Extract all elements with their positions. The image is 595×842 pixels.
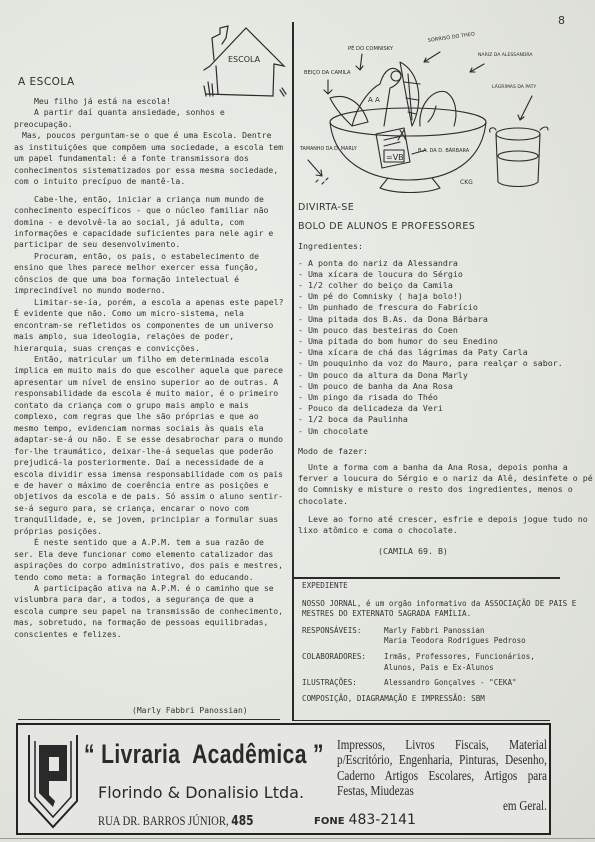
article-body: Meu filho já está na escola! A partir da… xyxy=(14,96,286,640)
expediente-intro: NOSSO JORNAL, é um orgão informativo da … xyxy=(302,599,592,620)
article-paragraph: É neste sentido que a A.P.M. tem a sua r… xyxy=(14,537,286,583)
recipe-credit: (CAMILA 69. B) xyxy=(298,546,593,557)
responsaveis-label: RESPONSÁVEIS: xyxy=(302,626,384,647)
bookstore-logo-icon xyxy=(27,731,79,829)
ingredient-item: 1/2 boca da Paulinha xyxy=(298,414,593,425)
article-paragraph: Mas, poucos perguntam-se o que é uma Esc… xyxy=(14,130,286,187)
composicao-line: COMPOSIÇÃO, DIAGRAMAÇÃO E IMPRESSÃO: SBM xyxy=(302,694,592,705)
article-paragraph: Limitar-se-ía, porém, a escola a apenas … xyxy=(14,297,286,354)
address-street: RUA DR. BARROS JÚNIOR, xyxy=(98,813,231,828)
ingredient-item: Uma xícara de loucura do Sérgio xyxy=(298,269,593,280)
article-title: A ESCOLA xyxy=(18,76,75,88)
card-text: =VB xyxy=(386,153,404,162)
label-nariz-da-alessandra: NARIZ DA ALESSANDRA xyxy=(478,52,533,58)
article-signature: (Marly Fabbri Panossian) xyxy=(132,706,248,715)
article-paragraph: A participação ativa na A.P.M. é o camin… xyxy=(14,583,286,640)
ingredients-label: Ingredientes: xyxy=(298,241,593,252)
ingredient-item: Uma pitada do bom humor do seu Enedino xyxy=(298,336,593,347)
method-paragraph: Leve ao forno até crescer, esfrie e depo… xyxy=(298,514,593,536)
method-paragraph: Unte a forma com a banha da Ana Rosa, de… xyxy=(298,462,593,507)
bookstore-address: RUA DR. BARROS JÚNIOR, 485 xyxy=(98,813,254,829)
responsavel-name: Marly Fabbri Panossian xyxy=(384,626,526,637)
ingredient-item: Um pouco de banha da Ana Rosa xyxy=(298,381,593,392)
article-paragraph: Então, matricular um filho em determinad… xyxy=(14,354,286,537)
page-bottom-rule xyxy=(0,838,595,839)
newspaper-page: 8 ESCOLA A ESCOLA Meu filho já está na e… xyxy=(0,0,595,842)
responsavel-name: Maria Teodora Rodrigues Pedroso xyxy=(384,636,526,647)
school-house-label: ESCOLA xyxy=(228,55,261,64)
ingredient-item: Um pouco da altura da Dona Marly xyxy=(298,370,593,381)
ingredient-item: Um chocolate xyxy=(298,426,593,437)
colaboradores-line: Irmãs, Professores, Funcionários, xyxy=(384,652,535,663)
label-sorriso-do-theo: SORRISO DO THEO xyxy=(427,31,475,44)
bookstore-name: “ Livraria Acadêmica ” xyxy=(84,739,324,770)
bookstore-advertisement: “ Livraria Acadêmica ” Florindo & Donali… xyxy=(16,723,551,835)
services-text: Impressos, Livros Fiscais, Material p/Es… xyxy=(337,737,547,798)
expediente-box: EXPEDIENTE NOSSO JORNAL, é um orgão info… xyxy=(302,581,592,709)
label-pe-do-comnisky: PÉ DO COMNISKY xyxy=(348,44,394,52)
method-label: Modo de fazer: xyxy=(298,446,593,457)
colaboradores-line: Alunos, Pais e Ex-Alunos xyxy=(384,663,535,674)
colaboradores-label: COLABORADORES: xyxy=(302,652,384,673)
ingredient-item: Uma pitada dos B.As. da Dona Bárbara xyxy=(298,314,593,325)
article-paragraph: Meu filho já está na escola! xyxy=(14,96,286,107)
ingredient-item: Um pingo da risada do Théo xyxy=(298,392,593,403)
services-list: Impressos, Livros Fiscais, Material p/Es… xyxy=(337,737,547,813)
services-end: em Geral. xyxy=(337,798,547,813)
ingredient-item: Um pouco das besteiras do Coen xyxy=(298,325,593,336)
expediente-title: EXPEDIENTE xyxy=(302,581,592,592)
ingredient-item: Uma xícara de chá das lágrimas da Paty C… xyxy=(298,347,593,358)
recipe-title: BOLO DE ALUNOS E PROFESSORES xyxy=(298,221,593,232)
toe-letters: A A xyxy=(368,96,380,104)
ingredient-item: Um punhado de frescura do Fabrício xyxy=(298,302,593,313)
article-paragraph: Procuram, então, os pais, o estabelecime… xyxy=(14,251,286,297)
label-lagrimas-da-paty: LÁGRIMAS DA PATY xyxy=(492,83,536,90)
ingredient-item: A ponta do nariz da Alessandra xyxy=(298,258,593,269)
ilustracoes-label: ILUSTRAÇÕES: xyxy=(302,678,384,689)
phone-number: 483-2141 xyxy=(349,812,416,828)
ingredient-item: Um pouquinho da voz do Mauro, para realç… xyxy=(298,358,593,369)
bookstore-phone: FONE483-2141 xyxy=(314,812,416,828)
label-tamanho-da-d-marly: TAMANHO DA D. MARLY xyxy=(300,146,357,152)
section-heading: DIVIRTA-SE xyxy=(298,202,593,213)
artist-signature: CKG xyxy=(460,179,473,186)
label-beico-da-camila: BEIÇO DA CAMILA xyxy=(304,70,351,76)
ingredients-list: A ponta do nariz da AlessandraUma xícara… xyxy=(298,258,593,437)
label-ba-da-d-barbara: B.A. DA D. BÁRBARA xyxy=(418,147,470,154)
recipe-section: DIVIRTA-SE BOLO DE ALUNOS E PROFESSORES … xyxy=(298,202,593,557)
article-paragraph: Cabe-lhe, então, iniciar a criança num m… xyxy=(14,194,286,251)
column-divider xyxy=(292,22,294,720)
ingredient-item: Pouco da delicadeza da Veri xyxy=(298,403,593,414)
ingredient-item: Um pé do Comnisky ( haja bolo!) xyxy=(298,291,593,302)
school-house-illustration: ESCOLA xyxy=(196,24,288,102)
cake-bowl-illustration: PÉ DO COMNISKY SORRISO DO THEO BEIÇO DA … xyxy=(300,22,560,200)
article-paragraph: A partir daí quanta ansiedade, sonhos e … xyxy=(14,107,286,130)
ilustracoes-value: Alessandro Gonçalves - "CEKA" xyxy=(384,678,517,689)
expediente-bottom-rule-right xyxy=(292,720,550,721)
expediente-top-rule xyxy=(292,577,560,579)
company-name: Florindo & Donalisio Ltda. xyxy=(98,783,304,802)
ingredient-item: 1/2 colher do beiço da Camila xyxy=(298,280,593,291)
expediente-bottom-rule xyxy=(18,719,280,720)
phone-label: FONE xyxy=(314,816,345,827)
address-number: 485 xyxy=(231,814,253,829)
